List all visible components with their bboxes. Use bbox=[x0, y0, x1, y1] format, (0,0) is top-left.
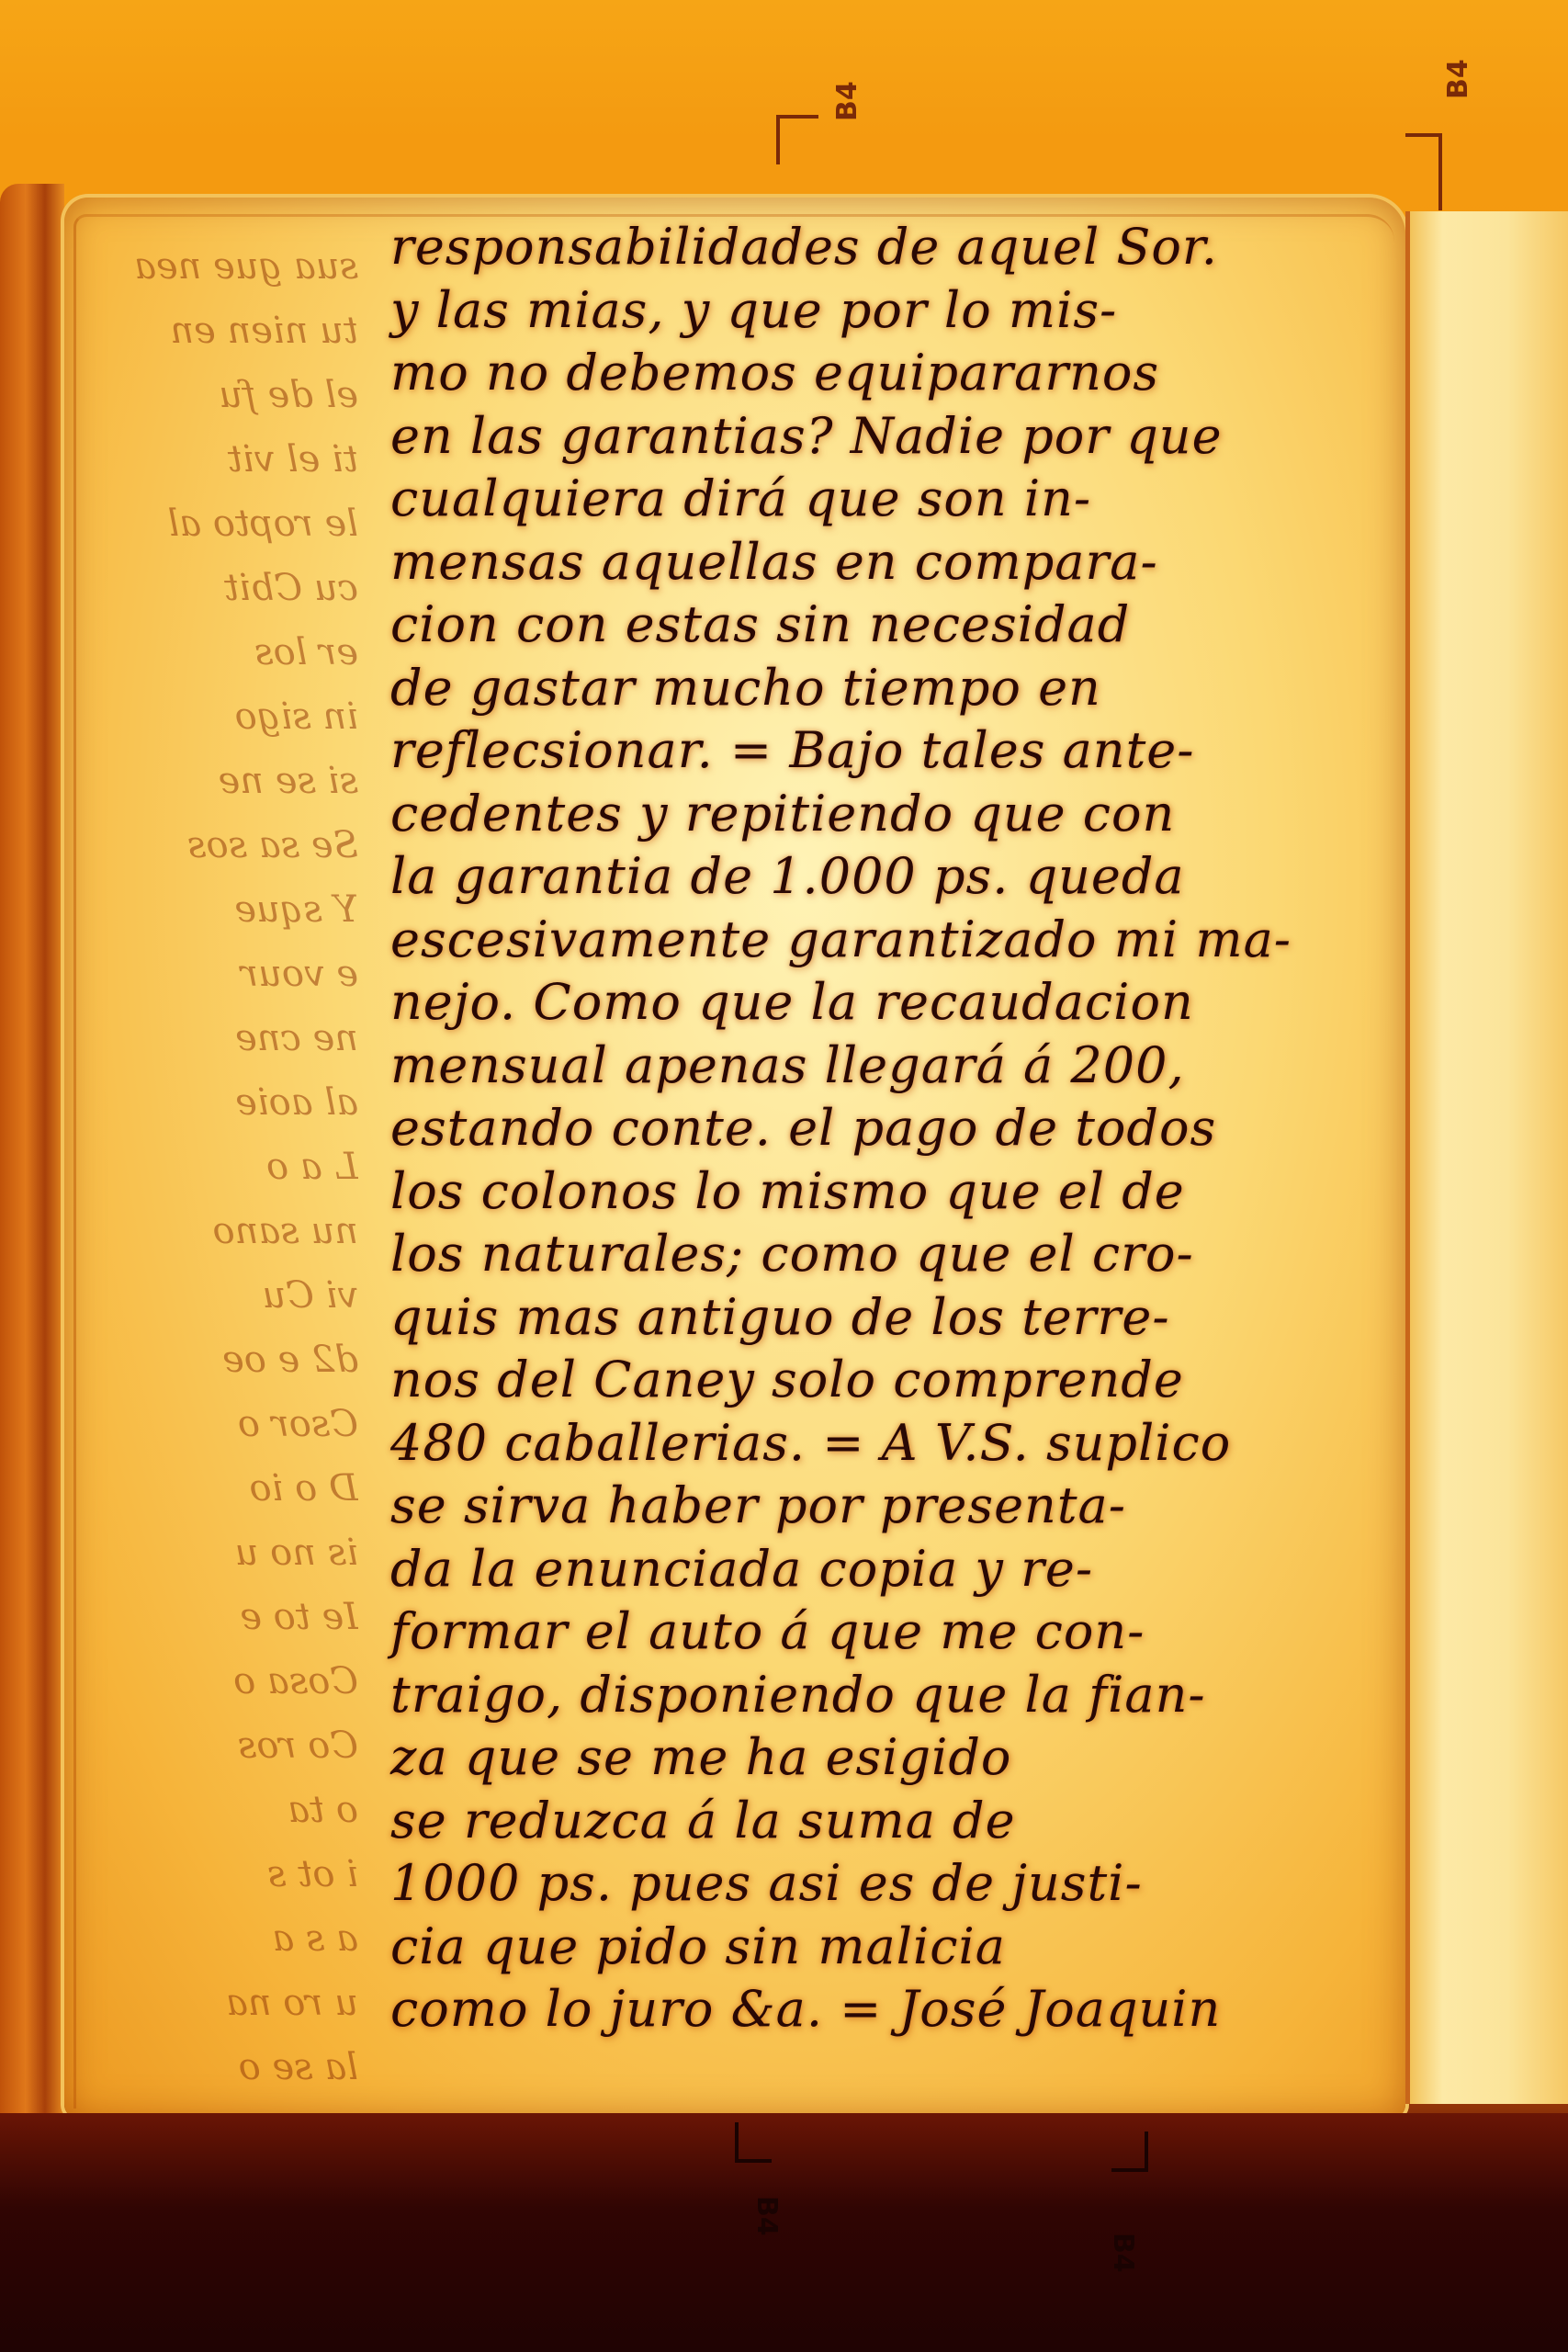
adjacent-right-page bbox=[1405, 211, 1568, 2104]
bleed-line: Ie to e bbox=[83, 1585, 358, 1649]
b4-label: B4 bbox=[1107, 2233, 1139, 2273]
manuscript-line: cia que pido sin malicia bbox=[390, 1916, 1410, 1979]
bleed-line: Se sa sos bbox=[83, 813, 358, 877]
handwritten-text-block: responsabilidades de aquel Sor. y las mi… bbox=[390, 216, 1410, 2041]
manuscript-line: quis mas antiguo de los terre- bbox=[390, 1286, 1410, 1350]
bleed-line: Co ros bbox=[83, 1713, 358, 1778]
manuscript-line: responsabilidades de aquel Sor. bbox=[390, 216, 1410, 279]
bleed-line: in sigo bbox=[83, 684, 358, 749]
bleed-line: el de fu bbox=[83, 363, 358, 427]
manuscript-line: los colonos lo mismo que el de bbox=[390, 1160, 1410, 1224]
bleed-line: er los bbox=[83, 620, 358, 684]
bleed-line: ne cne bbox=[83, 1006, 358, 1070]
bleed-line: sua gue nea bbox=[83, 234, 358, 299]
manuscript-line: traigo, disponiendo que la fian- bbox=[390, 1664, 1410, 1727]
manuscript-line: nos del Caney solo comprende bbox=[390, 1349, 1410, 1412]
manuscript-line: se sirva haber por presenta- bbox=[390, 1475, 1410, 1538]
corner-bracket bbox=[1405, 133, 1442, 210]
left-bleed-through: sua gue nea tu nien en el de fu ti el vi… bbox=[83, 234, 358, 2090]
bleed-line: si se ne bbox=[83, 749, 358, 813]
book-left-edge bbox=[0, 184, 64, 2131]
manuscript-line: formar el auto á que me con- bbox=[390, 1600, 1410, 1664]
bottom-shadow: B4 B4 bbox=[0, 2113, 1568, 2352]
manuscript-line: en las garantias? Nadie por que bbox=[390, 405, 1410, 469]
bleed-line: le ropto al bbox=[83, 492, 358, 556]
manuscript-page: sua gue nea tu nien en el de fu ti el vi… bbox=[64, 198, 1405, 2118]
manuscript-line: y las mias, y que por lo mis- bbox=[390, 279, 1410, 343]
manuscript-line: reflecsionar. = Bajo tales ante- bbox=[390, 719, 1410, 783]
bleed-line: L a o bbox=[83, 1135, 358, 1199]
manuscript-line: cion con estas sin necesidad bbox=[390, 594, 1410, 657]
bleed-line: Y sque bbox=[83, 877, 358, 942]
bleed-line: e vour bbox=[83, 942, 358, 1006]
manuscript-line: cualquiera dirá que son in- bbox=[390, 468, 1410, 531]
bleed-line: d2 e oe bbox=[83, 1328, 358, 1392]
bleed-line: al aoie bbox=[83, 1070, 358, 1135]
manuscript-line: 1000 ps. pues asi es de justi- bbox=[390, 1852, 1410, 1916]
corner-bracket bbox=[735, 2122, 772, 2163]
bleed-line: a s a bbox=[83, 1906, 358, 1971]
manuscript-line: estando conte. el pago de todos bbox=[390, 1097, 1410, 1160]
corner-bracket bbox=[776, 115, 818, 164]
manuscript-line: los naturales; como que el cro- bbox=[390, 1223, 1410, 1286]
manuscript-line: nejo. Como que la recaudacion bbox=[390, 971, 1410, 1035]
bleed-line: o ta bbox=[83, 1778, 358, 1842]
bleed-line: ti el vit bbox=[83, 427, 358, 492]
bleed-line: la se o bbox=[83, 2035, 358, 2099]
manuscript-line: se reduzca á la suma de bbox=[390, 1790, 1410, 1853]
manuscript-line: da la enunciada copia y re- bbox=[390, 1538, 1410, 1601]
bleed-line: tu nien en bbox=[83, 299, 358, 363]
bleed-line: u ro na bbox=[83, 1971, 358, 2035]
manuscript-line: cedentes y repitiendo que con bbox=[390, 783, 1410, 846]
manuscript-line: za que se me ha esigido bbox=[390, 1726, 1410, 1790]
manuscript-line: escesivamente garantizado mi ma- bbox=[390, 909, 1410, 972]
manuscript-line: como lo juro &a. = José Joaquin bbox=[390, 1978, 1410, 2041]
b4-label: B4 bbox=[1442, 59, 1474, 99]
manuscript-line: de gastar mucho tiempo en bbox=[390, 657, 1410, 720]
bleed-line: is no u bbox=[83, 1521, 358, 1585]
manuscript-line: 480 caballerias. = A V.S. suplico bbox=[390, 1412, 1410, 1476]
bleed-line: Cosa o bbox=[83, 1649, 358, 1713]
bleed-line: vi Cu bbox=[83, 1263, 358, 1328]
manuscript-line: mo no debemos equipararnos bbox=[390, 342, 1410, 405]
bleed-line: nu sano bbox=[83, 1199, 358, 1263]
corner-bracket bbox=[1111, 2131, 1148, 2172]
b4-label: B4 bbox=[831, 81, 863, 121]
bleed-line: Csor o bbox=[83, 1392, 358, 1456]
b4-label: B4 bbox=[750, 2196, 783, 2236]
manuscript-line: mensual apenas llegará á 200, bbox=[390, 1035, 1410, 1098]
bleed-line: D o io bbox=[83, 1456, 358, 1521]
bleed-line: cu Cbit bbox=[83, 556, 358, 620]
bleed-line: i ot s bbox=[83, 1842, 358, 1906]
manuscript-line: mensas aquellas en compara- bbox=[390, 531, 1410, 594]
manuscript-line: la garantia de 1.000 ps. queda bbox=[390, 845, 1410, 909]
